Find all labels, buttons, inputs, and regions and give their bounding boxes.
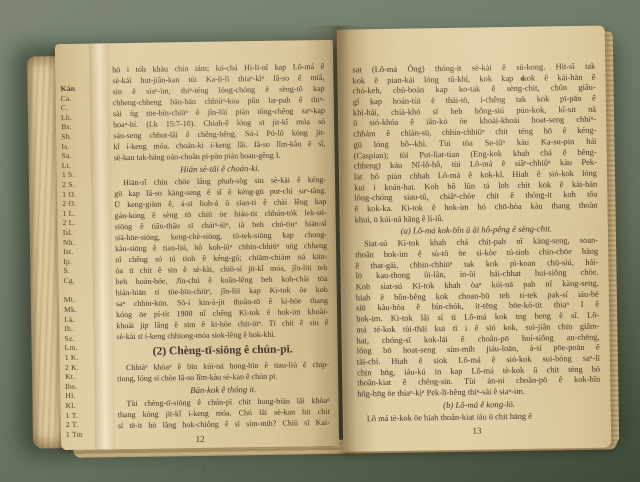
margin-reference: Bs. [61, 122, 91, 132]
margin-reference: Mk. [64, 305, 94, 315]
margin-reference-column: KánCa.C.Lb.Bs.Sb.Is.Sa.Lt.1 S.2 S.1 O.2 … [60, 84, 96, 440]
margin-reference: Kán [60, 84, 90, 94]
margin-reference: 1 S. [62, 170, 92, 180]
margin-reference: Ca. [61, 93, 91, 103]
right-page: sat (Lô-má Ông) thóng-it sè-kài ê sū-kon… [337, 26, 612, 452]
margin-reference: Ist. [63, 247, 93, 257]
margin-reference: 2 T. [66, 420, 96, 430]
margin-reference: 2 O. [62, 199, 92, 209]
margin-reference: Kl. [65, 401, 95, 411]
ink-speck [203, 466, 205, 470]
margin-reference: 2 K. [65, 362, 95, 372]
margin-reference: 1 L. [62, 208, 92, 218]
margin-reference: Lm. [65, 343, 95, 353]
margin-reference-group-2: Mt.Mk.Lk.Ih.Sz.Lm.1 K.2 K.Kt.Ibs.Hl.Kl.1… [64, 295, 96, 439]
margin-reference: 1 K. [65, 353, 95, 363]
right-page-text: sat (Lô-má Ông) thóng-it sè-kài ê sū-kon… [352, 62, 601, 425]
left-page: KánCa.C.Lb.Bs.Sb.Is.Sa.Lt.1 S.2 S.1 O.2 … [55, 40, 339, 450]
margin-reference: 2 L. [63, 218, 93, 228]
text-line: sè-kài sī í-keng chhiong-móa siok-lêng ê… [116, 329, 328, 343]
margin-reference: Lt. [62, 160, 92, 170]
margin-reference: Hl. [65, 391, 95, 401]
margin-reference: Is. [61, 141, 91, 151]
margin-reference: Isl. [63, 227, 93, 237]
margin-reference: Lb. [61, 112, 91, 122]
margin-reference: Kt. [65, 372, 95, 382]
margin-reference: Ibs. [65, 381, 95, 391]
margin-reference: Ih. [64, 324, 94, 334]
margin-reference: Sa. [62, 151, 92, 161]
book-photo: KánCa.C.Lb.Bs.Sb.Is.Sa.Lt.1 S.2 S.1 O.2 … [0, 0, 640, 482]
margin-reference: Cg. [64, 275, 94, 285]
margin-reference: 2 S. [62, 180, 92, 190]
margin-reference: C. [61, 103, 91, 113]
margin-reference: S. [63, 266, 93, 276]
margin-reference: Nh. [63, 237, 93, 247]
ink-speck [520, 77, 524, 81]
margin-reference: 1 T. [66, 410, 96, 420]
margin-reference: Sz. [64, 333, 94, 343]
margin-reference: 1 O. [62, 189, 92, 199]
text-line: (2) Chèng-tī-siōng ê chún-pī. [117, 343, 329, 361]
left-page-text: hō i tóh khàu chín iám; kó-chá Hi-lī-nî … [112, 62, 330, 432]
open-book: KánCa.C.Lb.Bs.Sb.Is.Sa.Lt.1 S.2 S.1 O.2 … [25, 21, 618, 462]
margin-reference: Ip. [63, 256, 93, 266]
margin-reference-group-1: KánCa.C.Lb.Bs.Sb.Is.Sa.Lt.1 S.2 S.1 O.2 … [60, 84, 93, 286]
margin-reference: Mt. [64, 295, 94, 305]
text-line: sí tē-it hō lâng hok-chiông ê sī sím-mih… [118, 418, 330, 432]
margin-reference: Lk. [64, 314, 94, 324]
right-page-number: 13 [343, 423, 611, 437]
left-page-number: 12 [61, 432, 339, 446]
margin-reference: Sb. [61, 132, 91, 142]
